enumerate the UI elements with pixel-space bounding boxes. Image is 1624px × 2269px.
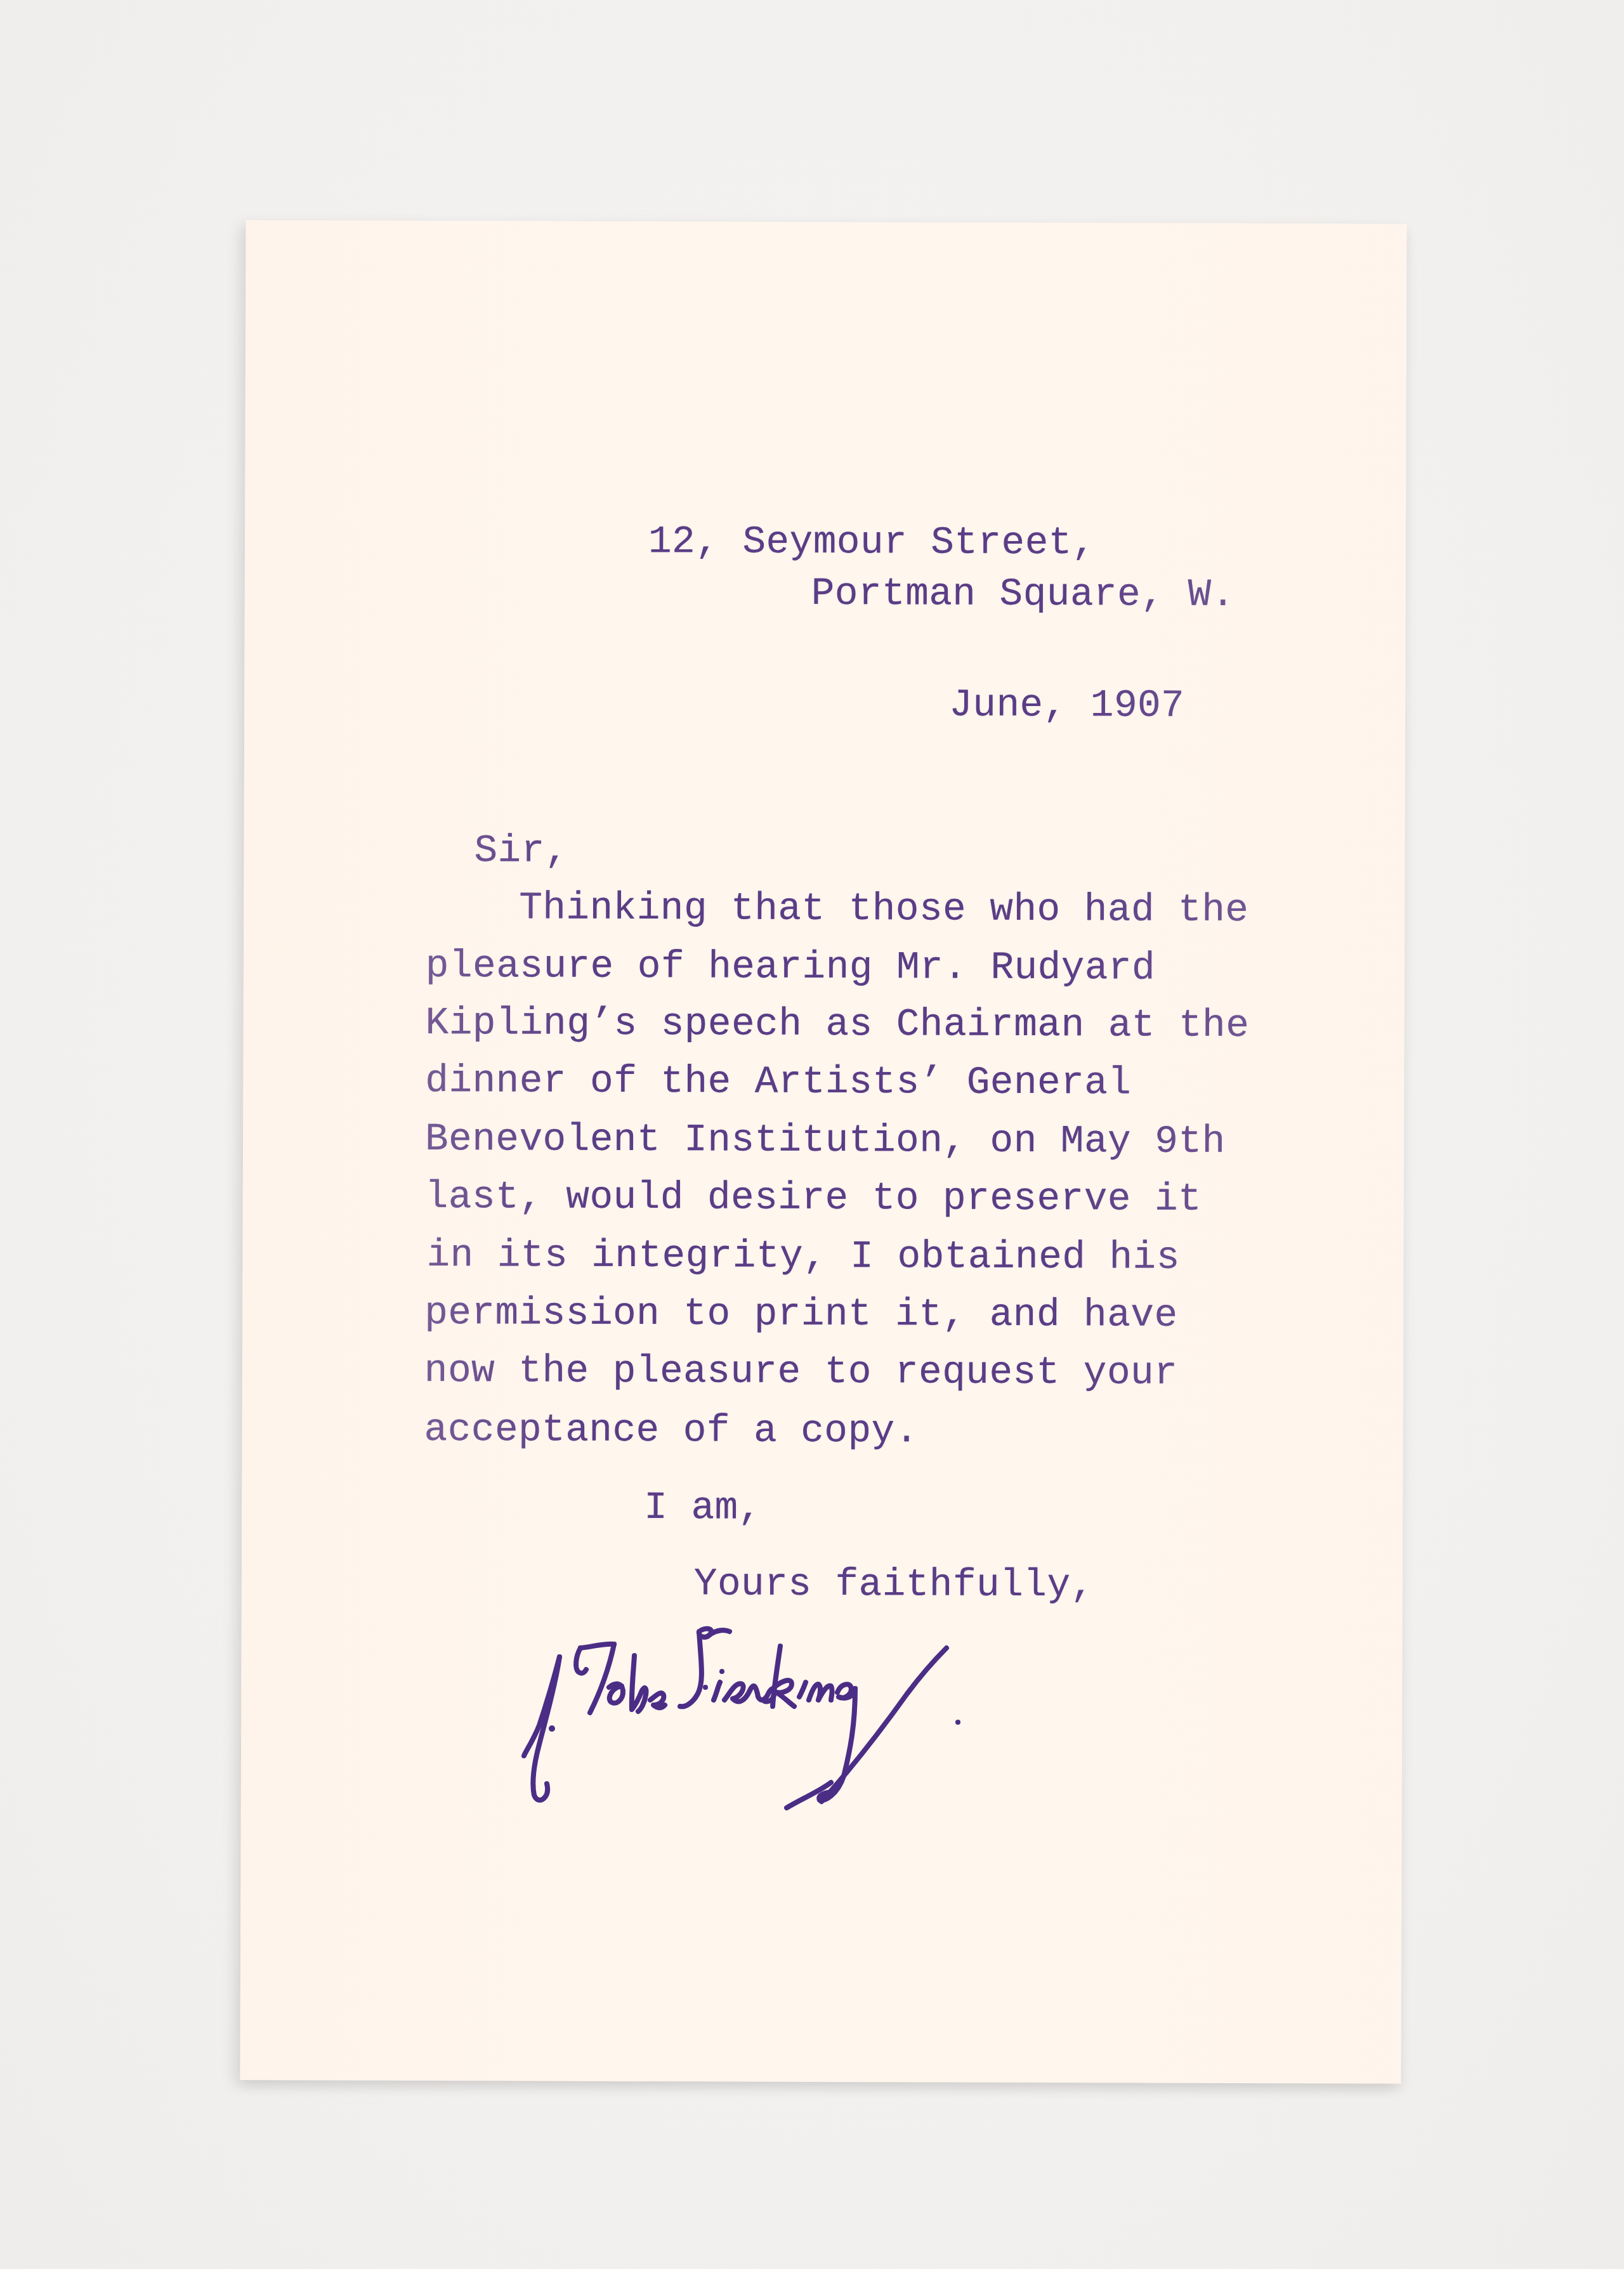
body-line: permission to print it, and have — [424, 1294, 1178, 1335]
body-line: Thinking that those who had the — [519, 889, 1248, 930]
body-line: last, would desire to preserve it — [425, 1178, 1202, 1219]
salutation: Sir, — [474, 832, 568, 870]
body-line: Benevolent Institution, on May 9th — [425, 1120, 1226, 1161]
body-line: Kipling’s speech as Chairman at the — [426, 1004, 1250, 1045]
body-line: in its integrity, I obtained his — [426, 1236, 1180, 1278]
letter-date: June, 1907 — [949, 686, 1184, 726]
body-line: dinner of the Artists’ General — [425, 1062, 1131, 1102]
body-line: now the pleasure to request your — [424, 1352, 1178, 1393]
closing-yours-faithfully: Yours faithfully, — [694, 1565, 1094, 1605]
address-line-1: 12, Seymour Street, — [648, 523, 1096, 563]
body-line: acceptance of a copy. — [424, 1411, 919, 1451]
signature-icon — [520, 1611, 1256, 1827]
body-line: pleasure of hearing Mr. Rudyard — [426, 947, 1155, 988]
handwritten-signature: A. Forbes Sieveking — [520, 1611, 1256, 1827]
address-line-2: Portman Square, W. — [811, 575, 1235, 615]
closing-i-am: I am, — [644, 1489, 762, 1528]
